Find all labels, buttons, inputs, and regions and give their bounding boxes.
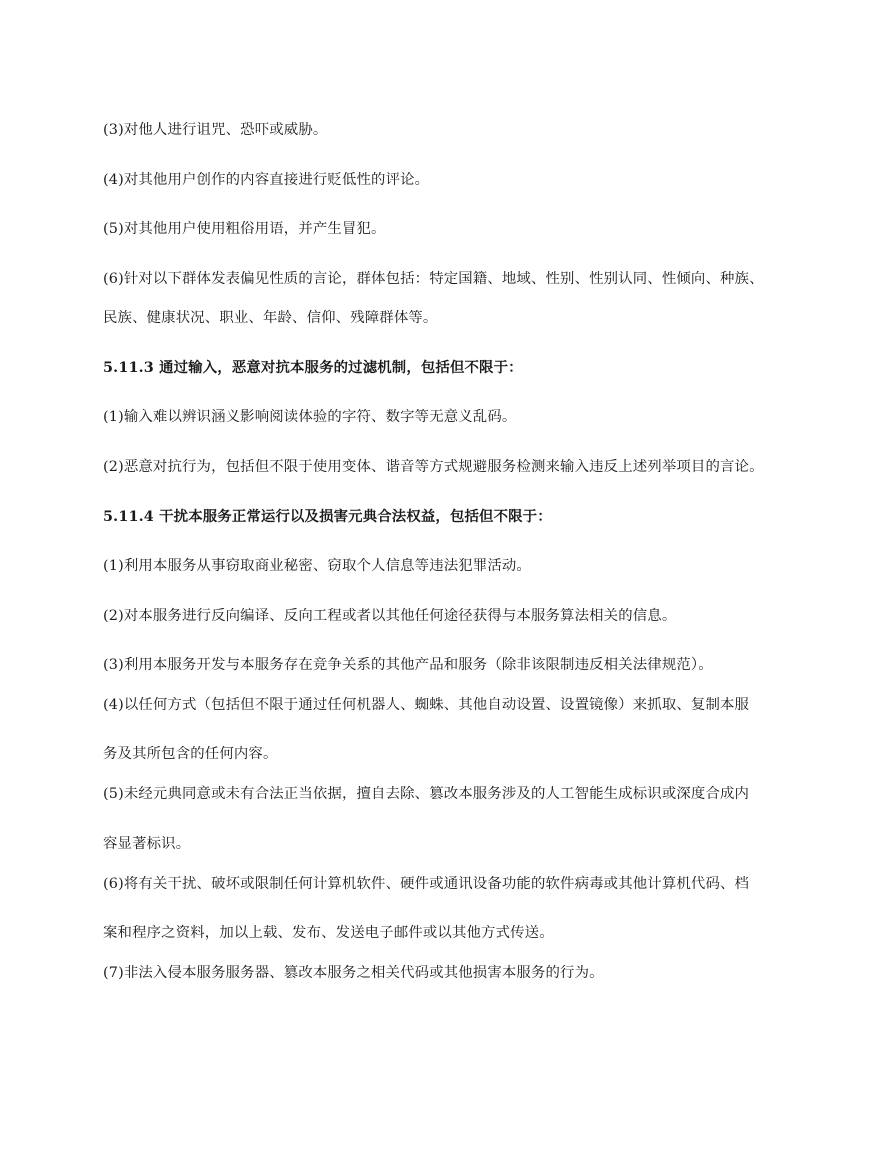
paragraph-derogatory-comments: (4)对其他用户创作的内容直接进行贬低性的评论。	[103, 170, 803, 190]
paragraph-bias-line-2: 民族、健康状况、职业、年龄、信仰、残障群体等。	[103, 308, 803, 328]
section-heading-5-11-3: 5.11.3 通过输入，恶意对抗本服务的过滤机制，包括但不限于：	[103, 358, 803, 378]
paragraph-scraping-line-1: (4)以任何方式（包括但不限于通过任何机器人、蜘蛛、其他自动设置、设置镜像）来抓…	[103, 695, 803, 715]
paragraph-garbled-input: (1)输入难以辨识涵义影响阅读体验的字符、数字等无意义乱码。	[103, 407, 803, 427]
paragraph-reverse-engineering: (2)对本服务进行反向编译、反向工程或者以其他任何途径获得与本服务算法相关的信息…	[103, 606, 803, 626]
paragraph-bias-line-1: (6)针对以下群体发表偏见性质的言论，群体包括：特定国籍、地域、性别、性别认同、…	[103, 269, 803, 289]
paragraph-ai-label-line-1: (5)未经元典同意或未有合法正当依据，擅自去除、篡改本服务涉及的人工智能生成标识…	[103, 784, 803, 804]
paragraph-illegal-theft: (1)利用本服务从事窃取商业秘密、窃取个人信息等违法犯罪活动。	[103, 556, 803, 576]
paragraph-malware-line-1: (6)将有关干扰、破坏或限制任何计算机软件、硬件或通讯设备功能的软件病毒或其他计…	[103, 874, 803, 894]
document-page: (3)对他人进行诅咒、恐吓或威胁。 (4)对其他用户创作的内容直接进行贬低性的评…	[0, 0, 892, 1155]
paragraph-filter-evasion: (2)恶意对抗行为，包括但不限于使用变体、谐音等方式规避服务检测来输入违反上述列…	[103, 457, 803, 477]
paragraph-malware-line-2: 案和程序之资料，加以上载、发布、发送电子邮件或以其他方式传送。	[103, 923, 803, 943]
paragraph-scraping-line-2: 务及其所包含的任何内容。	[103, 744, 803, 764]
paragraph-ai-label-line-2: 容显著标识。	[103, 834, 803, 854]
paragraph-vulgar-language: (5)对其他用户使用粗俗用语，并产生冒犯。	[103, 219, 803, 239]
paragraph-threats: (3)对他人进行诅咒、恐吓或威胁。	[103, 120, 803, 140]
paragraph-competing-products: (3)利用本服务开发与本服务存在竞争关系的其他产品和服务（除非该限制违反相关法律…	[103, 655, 803, 675]
paragraph-server-intrusion: (7)非法入侵本服务服务器、篡改本服务之相关代码或其他损害本服务的行为。	[103, 963, 803, 983]
section-heading-5-11-4: 5.11.4 干扰本服务正常运行以及损害元典合法权益，包括但不限于：	[103, 507, 803, 527]
